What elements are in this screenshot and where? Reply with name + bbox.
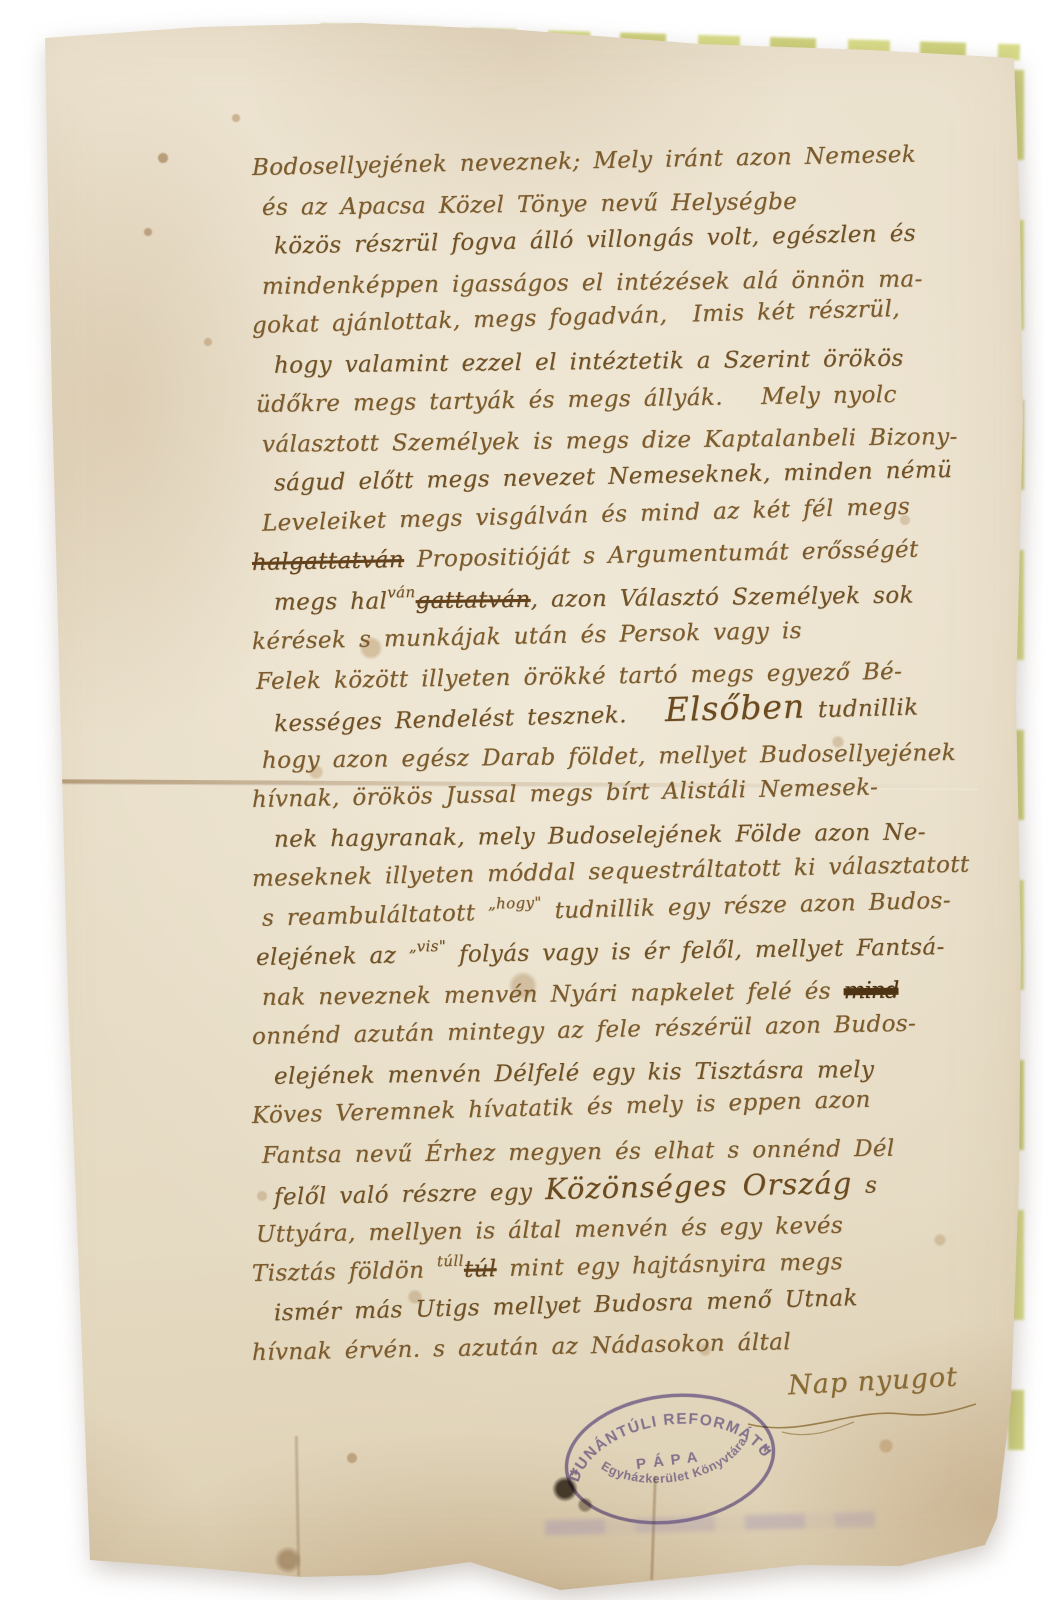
manuscript-text-segment: s reambuláltatott xyxy=(262,899,489,931)
photograph-of-manuscript: Bodosellyejének neveznek; Mely iránt azo… xyxy=(0,0,1043,1600)
manuscript-text-segment: Elsőben xyxy=(664,687,805,730)
manuscript-text-segment: üdőkre megs tartyák és megs állyák. Mely… xyxy=(256,382,897,418)
manuscript-text-segment: felől való részre egy xyxy=(274,1179,546,1210)
manuscript-text-segment: s xyxy=(852,1172,877,1198)
manuscript-text-segment: nek hagyranak, mely Budoselejének Földe … xyxy=(274,819,926,852)
stamp-star-right: * xyxy=(762,1441,773,1464)
manuscript-text-segment: nak neveznek menvén Nyári napkelet felé … xyxy=(262,978,844,1011)
manuscript-text-segment: gattatván xyxy=(415,586,530,613)
vertical-crease-left xyxy=(295,1436,300,1576)
manuscript-text-segment: hogy valamint ezzel el intéztetik a Szer… xyxy=(274,345,904,378)
manuscript-text-segment: folyás vagy is ér felől, mellyet Fantsá- xyxy=(446,934,945,968)
manuscript-text-segment: Propositióját s Argumentumát erősségét xyxy=(404,537,919,573)
manuscript-text-segment: Fantsa nevű Érhez megyen és elhat s onné… xyxy=(262,1135,895,1168)
manuscript-text-segment: hogy azon egész Darab földet, mellyet Bu… xyxy=(262,740,956,774)
manuscript-text-segment: hívnak, örökös Jussal megs bírt Alistáli… xyxy=(252,774,879,813)
manuscript-text-segment: túl xyxy=(464,1256,497,1283)
manuscript-text-segment: hívnak érvén. s azután az Nádasokon álta… xyxy=(252,1329,792,1366)
manuscript-text-segment: Közönséges Ország xyxy=(545,1166,853,1206)
manuscript-text-segment: , azon Választó Személyek sok xyxy=(530,582,914,612)
manuscript-text-segment: ván xyxy=(387,583,415,601)
paper-sheet-wrap: Bodosellyejének neveznek; Mely iránt azo… xyxy=(0,0,1043,1600)
manuscript-text-segment: onnénd azután mintegy az fele részérül a… xyxy=(252,1011,917,1050)
manuscript-text-segment: kességes Rendelést tesznek. xyxy=(274,701,666,737)
manuscript-text-segment: túll xyxy=(437,1252,464,1271)
manuscript-text-segment: megs hal xyxy=(274,588,388,615)
manuscript-text-segment: közös részrül fogva álló villongás volt,… xyxy=(274,221,916,260)
manuscript-text-segment: tudnillik egy része azon Budos- xyxy=(542,887,952,924)
manuscript-lines: Bodosellyejének neveznek; Mely iránt azo… xyxy=(252,150,966,1375)
paper-sheet: Bodosellyejének neveznek; Mely iránt azo… xyxy=(0,0,1043,1600)
manuscript-text-segment: kérések s munkájak után és Persok vagy i… xyxy=(252,618,802,655)
manuscript-text-segment: mint egy hajtásnyira megs xyxy=(496,1249,843,1282)
manuscript-line: Bodosellyejének neveznek; Mely iránt azo… xyxy=(252,136,967,190)
manuscript-text-segment: „hogy" xyxy=(488,893,542,912)
manuscript-text-segment: Uttyára, mellyen is által menvén és egy … xyxy=(256,1212,844,1247)
manuscript-text-segment: „vis" xyxy=(409,937,447,956)
manuscript-text-segment: tudnillik xyxy=(805,695,919,724)
manuscript-text-segment: elejének az xyxy=(256,943,409,971)
manuscript-text-segment: halgattatván xyxy=(252,547,405,576)
manuscript-text-segment: mind xyxy=(843,977,898,1004)
manuscript-text-segment: Tisztás földön xyxy=(252,1257,438,1287)
manuscript-text-segment: Bodosellyejének neveznek; Mely iránt azo… xyxy=(252,142,917,181)
manuscript-text-segment: választott Személyek is megs dize Kaptal… xyxy=(262,423,958,457)
manuscript-text-segment: és az Apacsa Közel Tönye nevű Helységbe xyxy=(262,188,797,220)
